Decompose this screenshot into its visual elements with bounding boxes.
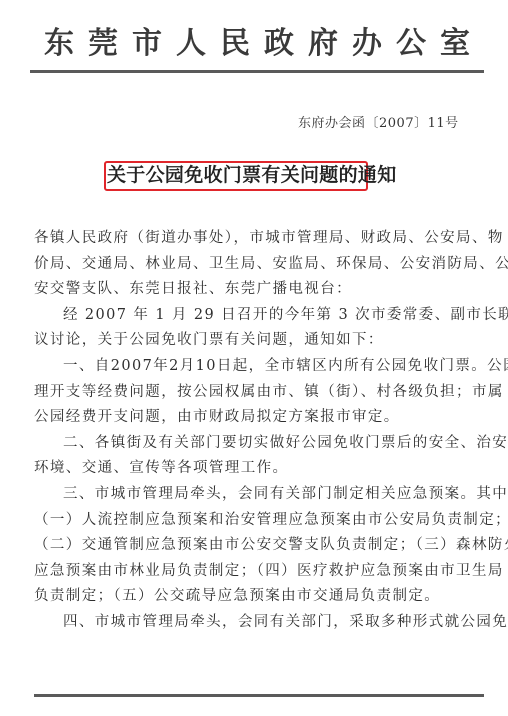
body-line: （二）交通管制应急预案由市公安交警支队负责制定；（三）森林防火 [34, 533, 484, 559]
document-number: 东府办会函〔2007〕11号 [298, 112, 459, 131]
body-line: 理开支等经费问题，按公园权属由市、镇（街）、村各级负担；市属 [34, 380, 484, 406]
letterhead: 东莞市人民政府办公室 [30, 24, 484, 64]
body-line: 负责制定；（五）公交疏导应急预案由市交通局负责制定。 [34, 584, 484, 610]
body-line: 一、自2007年2月10日起，全市辖区内所有公园免收门票。公园管 [34, 354, 484, 380]
document-body: 各镇人民政府（街道办事处），市城市管理局、财政局、公安局、物 价局、交通局、林业… [34, 226, 484, 636]
body-line: 安交警支队、东莞日报社、东莞广播电视台： [34, 277, 484, 303]
body-line: 二、各镇街及有关部门要切实做好公园免收门票后的安全、治安、 [34, 431, 484, 457]
footer-divider [34, 694, 484, 697]
body-line: 议讨论，关于公园免收门票有关问题，通知如下： [34, 328, 484, 354]
body-line: 三、市城市管理局牵头，会同有关部门制定相关应急预案。其中： [34, 482, 484, 508]
body-line: 环境、交通、宣传等各项管理工作。 [34, 456, 484, 482]
body-line: 各镇人民政府（街道办事处），市城市管理局、财政局、公安局、物 [34, 226, 484, 252]
document-title: 关于公园免收门票有关问题的通知 [107, 163, 397, 187]
body-line: 应急预案由市林业局负责制定；（四）医疗救护应急预案由市卫生局 [34, 559, 484, 585]
body-line: 公园经费开支问题，由市财政局拟定方案报市审定。 [34, 405, 484, 431]
body-line: （一）人流控制应急预案和治安管理应急预案由市公安局负责制定； [34, 508, 484, 534]
body-line: 四、市城市管理局牵头，会同有关部门，采取多种形式就公园免 [34, 610, 484, 636]
body-line: 经 2007 年 1 月 29 日召开的今年第 3 次市委常委、副市长联席会 [34, 303, 484, 329]
letterhead-divider [30, 70, 484, 73]
body-line: 价局、交通局、林业局、卫生局、安监局、环保局、公安消防局、公 [34, 252, 484, 278]
